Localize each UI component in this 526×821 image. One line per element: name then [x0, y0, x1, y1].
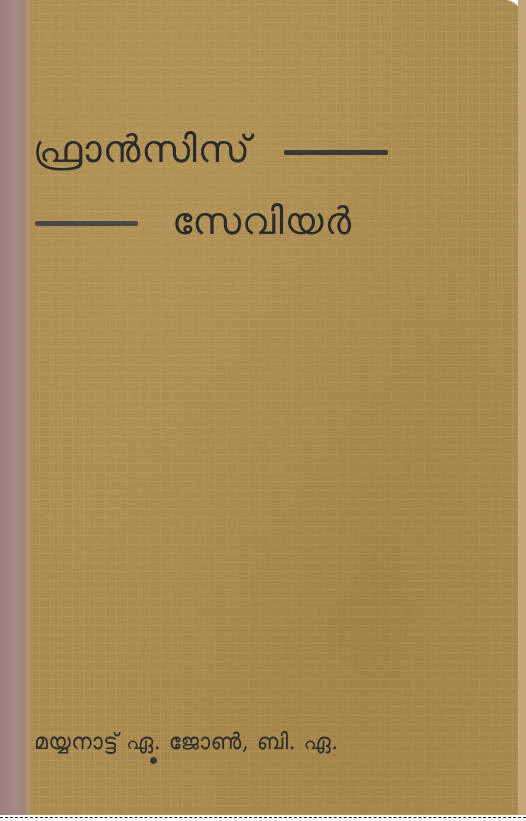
page-edge [518, 0, 526, 815]
author-line: മയ്യനാട്ട് ഏ. ജോൺ, ബി. ഏ. [34, 730, 339, 755]
title-dash-rule-1 [284, 150, 388, 155]
ink-spot [150, 757, 157, 764]
title-line-1: ഫ്രാൻസിസ് [33, 130, 251, 168]
scan-crop-line [0, 817, 526, 818]
spine-edge [24, 0, 32, 815]
title-dash-rule-2 [35, 221, 138, 226]
title-line-2: സേവിയർ [172, 202, 352, 240]
book-cover [28, 0, 521, 815]
